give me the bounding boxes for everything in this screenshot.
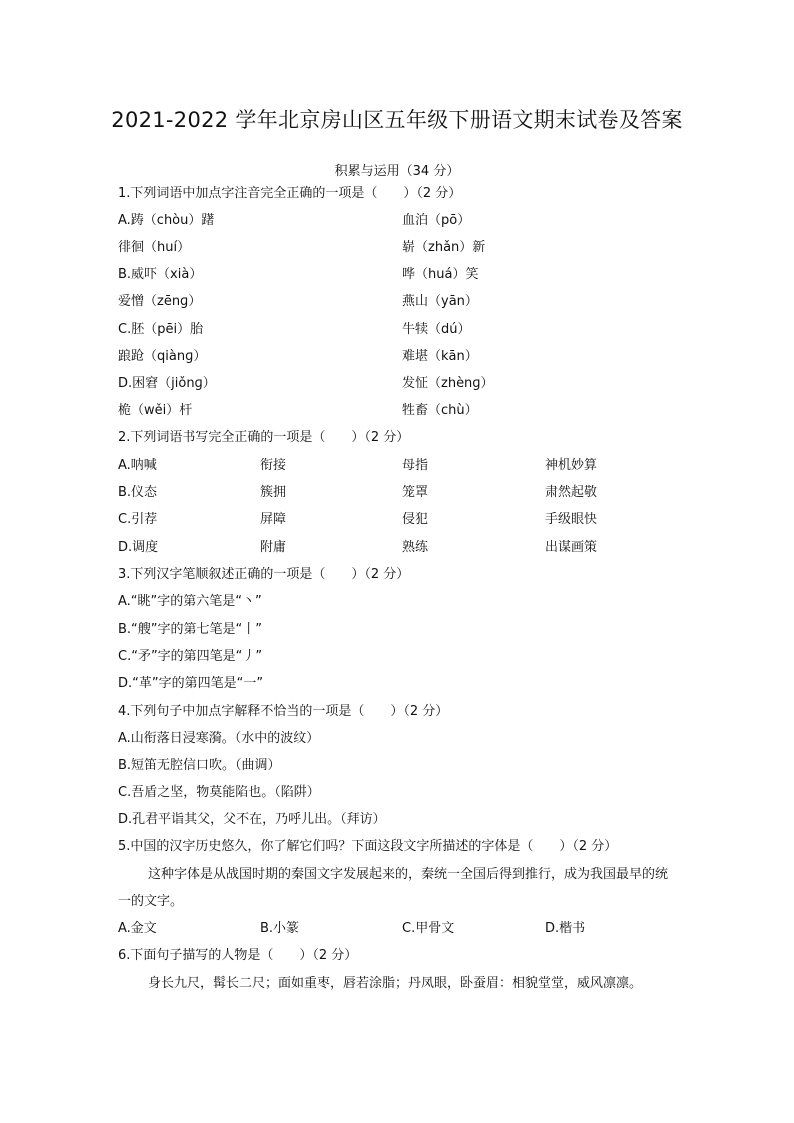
option-d-word-2: 发怔（zhènɡ） — [402, 374, 494, 394]
question-1-row: B.威吓（xià） 哗（huá）笑 — [118, 265, 678, 285]
question-1-row: 徘徊（huí） 崭（zhǎn）新 — [118, 238, 678, 258]
question-1-row: A.踌（chòu）躇 血泊（pō） — [118, 211, 678, 231]
page-title: 2021-2022 学年北京房山区五年级下册语文期末试卷及答案 — [0, 104, 794, 134]
question-2-row-a: A.呐喊 衔接 母指 神机妙算 — [118, 456, 678, 476]
section-title: 积累与运用（34 分） — [0, 160, 794, 179]
word: 衔接 — [260, 456, 286, 476]
question-6-stem: 6.下面句子描写的人物是（ ）（2 分） — [118, 946, 357, 966]
question-1-row: 桅（wěi）杆 牲畜（chù） — [118, 401, 678, 421]
question-2-row-c: C.引荐 屏障 侵犯 手级眼快 — [118, 510, 678, 530]
question-4-option-b: B.短笛无腔信口吹。（曲调） — [118, 756, 281, 776]
question-3-option-d: D.“革”字的第四笔是“一” — [118, 674, 263, 694]
question-4-option-d: D.孔君平诣其父，父不在，乃呼儿出。（拜访） — [118, 810, 386, 830]
option-b-word-2: 哗（huá）笑 — [402, 265, 478, 285]
question-6-passage: 身长九尺，髯长二尺；面如重枣，唇若涂脂；丹凤眼，卧蚕眉：相貌堂堂，威风凛凛。 — [118, 970, 678, 997]
word: 神机妙算 — [545, 456, 597, 476]
option-d-word-3: 桅（wěi）杆 — [118, 401, 192, 421]
option-b-word-3: 爱憎（zēnɡ） — [118, 292, 201, 312]
question-1-row: D.困窘（jiǒnɡ） 发怔（zhènɡ） — [118, 374, 678, 394]
choice-c: C.甲骨文 — [402, 919, 454, 939]
word: D.调度 — [118, 538, 158, 558]
question-3-option-a: A.“眺”字的第六笔是“丶” — [118, 592, 262, 612]
question-1-row: C.胚（pēi）胎 牛犊（dú） — [118, 320, 678, 340]
option-a-word-2: 血泊（pō） — [402, 211, 470, 231]
question-1-row: 爱憎（zēnɡ） 燕山（yān） — [118, 292, 678, 312]
choice-b: B.小篆 — [260, 919, 299, 939]
choice-a: A.金文 — [118, 919, 157, 939]
word: 肃然起敬 — [545, 483, 597, 503]
option-d-word-1: D.困窘（jiǒnɡ） — [118, 374, 216, 394]
word: 熟练 — [402, 538, 428, 558]
question-1-row: 踉跄（qiànɡ） 难堪（kān） — [118, 347, 678, 367]
question-3-option-b: B.“艘”字的第七笔是“丨” — [118, 620, 262, 640]
choice-d: D.楷书 — [545, 919, 585, 939]
question-5-passage: 这种字体是从战国时期的秦国文字发展起来的，秦统一全国后得到推行，成为我国最早的统… — [118, 861, 678, 915]
word: 手级眼快 — [545, 510, 597, 530]
question-5-choices: A.金文 B.小篆 C.甲骨文 D.楷书 — [118, 919, 678, 939]
question-2-row-d: D.调度 附庸 熟练 出谋画策 — [118, 538, 678, 558]
word: 附庸 — [260, 538, 286, 558]
word: 屏障 — [260, 510, 286, 530]
option-d-word-4: 牲畜（chù） — [402, 401, 478, 421]
question-2-row-b: B.仪态 簇拥 笼罩 肃然起敬 — [118, 483, 678, 503]
option-c-word-1: C.胚（pēi）胎 — [118, 320, 203, 340]
option-c-word-4: 难堪（kān） — [402, 347, 478, 367]
option-a-word-3: 徘徊（huí） — [118, 238, 190, 258]
option-a-word-1: A.踌（chòu）躇 — [118, 211, 214, 231]
word: 出谋画策 — [545, 538, 597, 558]
option-b-word-4: 燕山（yān） — [402, 292, 478, 312]
question-4-stem: 4.下列句子中加点字解释不恰当的一项是（ ）（2 分） — [118, 702, 448, 722]
option-b-word-1: B.威吓（xià） — [118, 265, 202, 285]
question-1-stem: 1.下列词语中加点字注音完全正确的一项是（ ）（2 分） — [118, 184, 461, 204]
option-a-word-4: 崭（zhǎn）新 — [402, 238, 485, 258]
question-3-option-c: C.“矛”字的第四笔是“丿” — [118, 647, 262, 667]
question-4-option-a: A.山衔落日浸寒漪。（水中的波纹） — [118, 729, 319, 749]
option-c-word-3: 踉跄（qiànɡ） — [118, 347, 206, 367]
word: C.引荐 — [118, 510, 157, 530]
question-4-option-c: C.吾盾之坚，物莫能陷也。（陷阱） — [118, 783, 320, 803]
question-5-stem: 5.中国的汉字历史悠久，你了解它们吗？下面这段文字所描述的字体是（ ）（2 分） — [118, 837, 617, 857]
word: 笼罩 — [402, 483, 428, 503]
question-2-stem: 2.下列词语书写完全正确的一项是（ ）（2 分） — [118, 428, 409, 448]
word: B.仪态 — [118, 483, 157, 503]
word: 侵犯 — [402, 510, 428, 530]
word: 簇拥 — [260, 483, 286, 503]
word: A.呐喊 — [118, 456, 157, 476]
option-c-word-2: 牛犊（dú） — [402, 320, 471, 340]
question-3-stem: 3.下列汉字笔顺叙述正确的一项是（ ）（2 分） — [118, 565, 409, 585]
word: 母指 — [402, 456, 428, 476]
